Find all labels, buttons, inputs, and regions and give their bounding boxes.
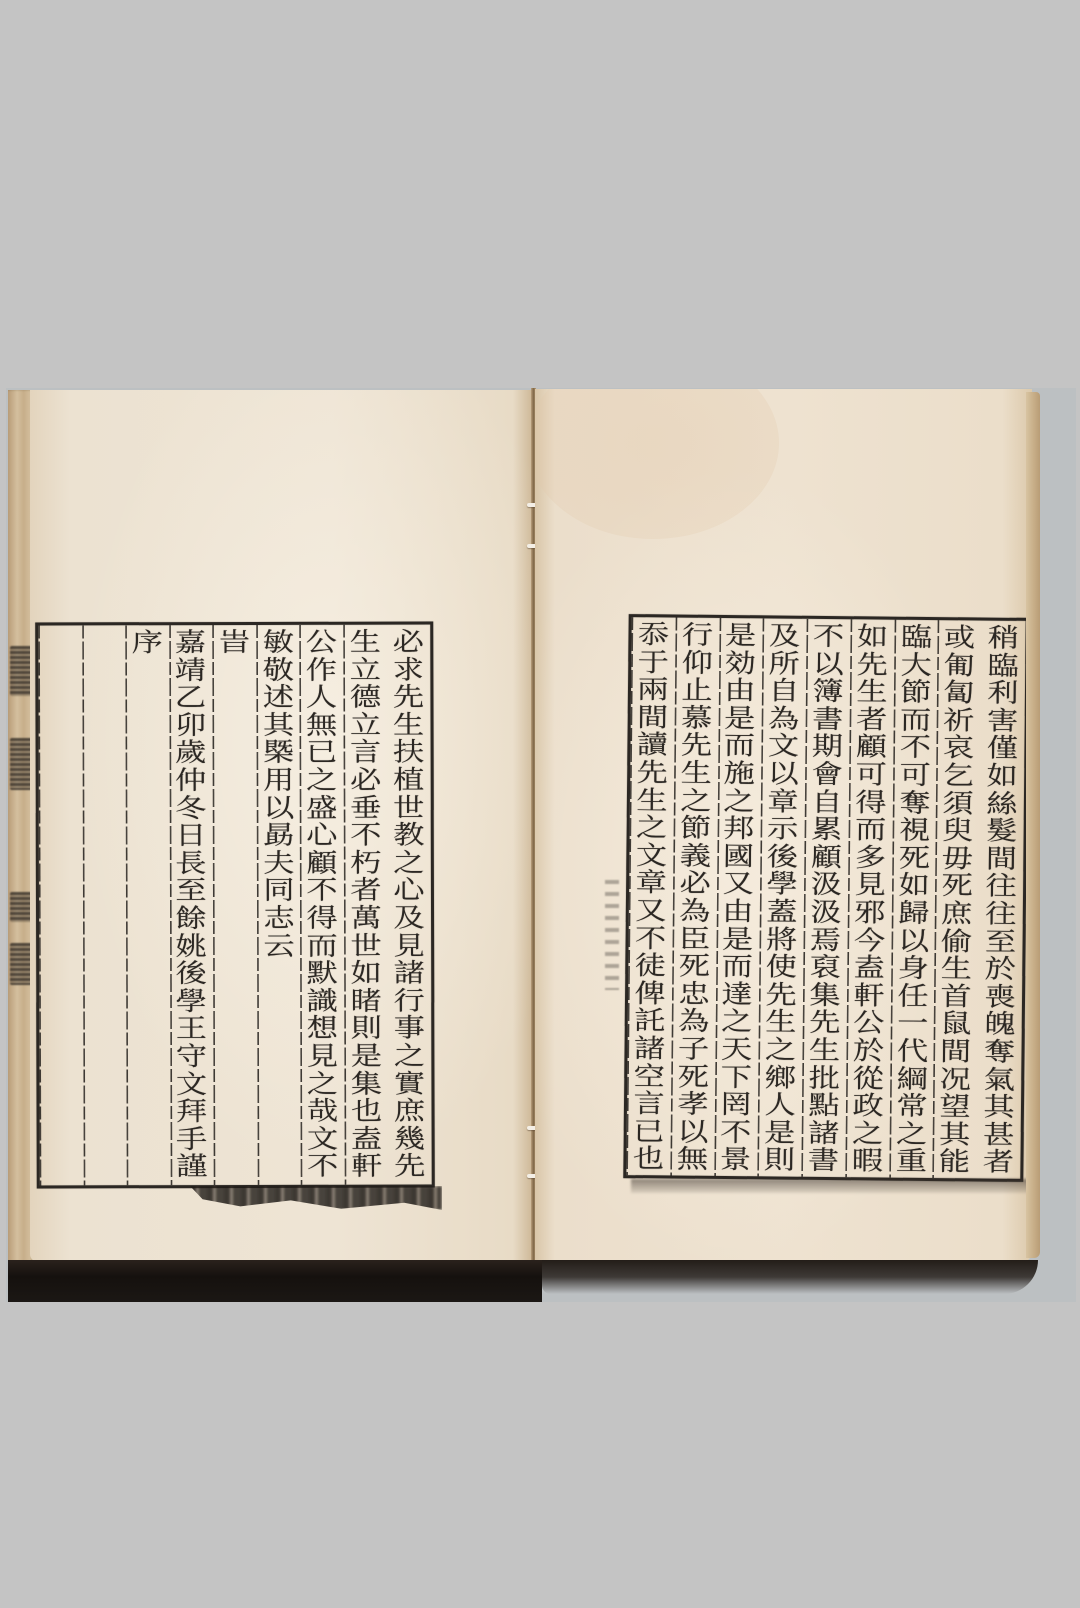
character: 任 [897, 983, 928, 1011]
character: 先 [766, 982, 797, 1010]
character: 奪 [984, 1039, 1015, 1067]
character: 庶 [941, 901, 972, 929]
character: 公 [853, 1011, 884, 1039]
character: 之 [896, 1121, 927, 1149]
character: 之 [852, 1121, 883, 1149]
character: 實 [394, 1071, 425, 1099]
text-column: 或匍匐祈哀乞須臾毋死庶偷生首鼠間况望其能 [933, 620, 982, 1178]
character: 植 [393, 767, 424, 795]
character: 自 [811, 789, 842, 817]
character: 往 [985, 901, 1016, 929]
character: 臨 [988, 653, 1019, 681]
character: 勗 [263, 823, 294, 851]
character: 庶 [394, 1099, 425, 1127]
character: 於 [853, 1038, 884, 1066]
character: 事 [394, 1016, 425, 1044]
character: 託 [634, 1008, 665, 1036]
character: 以 [812, 651, 843, 679]
text-column: 公作人無已之盛心顧不得而默識想見之哉文不 [300, 625, 345, 1185]
character: 施 [724, 761, 755, 789]
character: 稍 [988, 626, 1019, 654]
character: 而 [724, 733, 755, 761]
character: 盍 [853, 955, 884, 983]
character: 一 [897, 1011, 928, 1039]
character: 行 [394, 988, 425, 1016]
character: 仰 [681, 650, 712, 678]
character: 先 [856, 652, 887, 680]
character: 忝 [638, 622, 669, 650]
character: 害 [987, 708, 1018, 736]
character: 志 [263, 906, 294, 934]
character: 累 [811, 817, 842, 845]
character: 者 [856, 707, 887, 735]
character: 能 [939, 1149, 970, 1177]
character: 會 [811, 762, 842, 790]
character: 教 [393, 823, 424, 851]
character: 視 [898, 818, 929, 846]
character: 所 [769, 651, 800, 679]
character: 又 [723, 871, 754, 899]
character: 集 [350, 1071, 381, 1099]
character: 諸 [634, 1036, 665, 1064]
character: 章 [635, 871, 666, 899]
character: 立 [349, 657, 380, 685]
character: 偷 [941, 929, 972, 957]
character: 姚 [176, 934, 207, 962]
character: 須 [942, 791, 973, 819]
character: 睹 [350, 988, 381, 1016]
text-column-signature: 嘉靖乙卯歲仲冬日長至餘姚後學王守文拜手謹 [169, 625, 214, 1185]
character: 顧 [306, 850, 337, 878]
empty-column [38, 625, 83, 1185]
book-shadow [8, 1260, 542, 1302]
character: 奪 [899, 790, 930, 818]
character: 之 [765, 1037, 796, 1065]
character: 讀 [637, 733, 668, 761]
character: 邪 [854, 900, 885, 928]
character: 以 [768, 761, 799, 789]
water-stain [535, 389, 779, 539]
character: 盛 [306, 795, 337, 823]
character: 如 [987, 764, 1018, 792]
character: 將 [766, 927, 797, 955]
character: 不 [720, 1120, 751, 1148]
character: 想 [307, 1016, 338, 1044]
character: 識 [307, 988, 338, 1016]
character: 是 [725, 623, 756, 651]
character: 可 [899, 763, 930, 791]
character: 往 [985, 874, 1016, 902]
character: 同 [263, 878, 294, 906]
character: 是 [724, 706, 755, 734]
character: 生 [393, 712, 424, 740]
character: 文 [176, 1072, 207, 1100]
character: 已 [306, 740, 337, 768]
character: 則 [764, 1148, 795, 1176]
character: 以 [897, 928, 928, 956]
character: 臾 [942, 818, 973, 846]
character: 不 [813, 624, 844, 652]
character: 者 [983, 1150, 1014, 1178]
character: 天 [721, 1037, 752, 1065]
character: 無 [676, 1147, 707, 1175]
character: 達 [722, 982, 753, 1010]
character: 鼠 [940, 1011, 971, 1039]
character: 利 [987, 681, 1018, 709]
character: 而 [855, 817, 886, 845]
character: 公 [306, 630, 337, 658]
character: 學 [767, 872, 798, 900]
character: 以 [263, 795, 294, 823]
character: 後 [767, 844, 798, 872]
ink-smear [190, 1186, 442, 1210]
character: 焉 [810, 927, 841, 955]
character: 已 [633, 1119, 664, 1147]
text-column: 不以簿書期會自累顧汲汲焉裒集先生批點諸書 [801, 619, 850, 1177]
character: 集 [809, 983, 840, 1011]
character: 文 [768, 734, 799, 762]
character: 行 [681, 623, 712, 651]
character: 書 [812, 707, 843, 735]
character: 學 [176, 989, 207, 1017]
right-page-columns: 稍臨利害僅如絲髮間往往至於喪魄奪氣其甚者 或匍匐祈哀乞須臾毋死庶偷生首鼠間况望其… [626, 617, 1025, 1179]
character: 立 [350, 712, 381, 740]
text-column: 敏敬述其槩用以勗夫同志云 [256, 625, 301, 1185]
character: 文 [307, 1126, 338, 1154]
character: 世 [393, 795, 424, 823]
character: 間 [986, 846, 1017, 874]
character: 鄉 [765, 1065, 796, 1093]
character: 餘 [176, 906, 207, 934]
character: 顧 [855, 735, 886, 763]
character: 生 [349, 630, 380, 658]
text-column: 必求先生扶植世教之心及見諸行事之實庶幾先 [387, 624, 432, 1184]
character: 甚 [983, 1122, 1014, 1150]
character: 下 [721, 1065, 752, 1093]
character: 守 [176, 1044, 207, 1072]
ink-bleed-mark [10, 738, 32, 790]
text-column: 生立德立言必垂不朽者萬世如睹則是集也盍軒 [343, 625, 388, 1185]
right-page-text-frame: 稍臨利害僅如絲髮間往往至於喪魄奪氣其甚者 或匍匐祈哀乞須臾毋死庶偷生首鼠間况望其… [623, 614, 1028, 1182]
character: 僅 [987, 736, 1018, 764]
character: 節 [900, 680, 931, 708]
character: 必 [393, 630, 424, 658]
character: 臣 [678, 926, 709, 954]
character: 敬 [262, 657, 293, 685]
character: 用 [263, 768, 294, 796]
character: 首 [941, 984, 972, 1012]
character: 示 [767, 817, 798, 845]
character: 冬 [176, 796, 207, 824]
text-column: 及所自為文以章示後學蓋將使先生之鄉人是則 [758, 618, 807, 1176]
character: 代 [896, 1039, 927, 1067]
character: 蓋 [766, 899, 797, 927]
book-shadow [542, 1260, 1038, 1294]
character: 之 [394, 1043, 425, 1071]
character: 及 [394, 905, 425, 933]
character: 德 [349, 685, 380, 713]
character: 可 [855, 762, 886, 790]
character: 俾 [634, 981, 665, 1009]
character: 哀 [943, 735, 974, 763]
character: 默 [307, 961, 338, 989]
ink-bleed-mark [10, 646, 32, 696]
character: 先 [636, 760, 667, 788]
character: 死 [678, 954, 709, 982]
left-page: 必求先生扶植世教之心及見諸行事之實庶幾先 生立德立言必垂不朽者萬世如睹則是集也盍… [30, 390, 533, 1262]
character: 軒 [853, 983, 884, 1011]
character: 卯 [175, 713, 206, 741]
character: 先 [809, 1010, 840, 1038]
character: 而 [899, 707, 930, 735]
text-column-preface-label: 序 [125, 625, 170, 1185]
character: 乞 [943, 763, 974, 791]
character: 後 [176, 961, 207, 989]
character: 先 [394, 1154, 425, 1182]
character: 乙 [175, 685, 206, 713]
character: 以 [677, 1119, 708, 1147]
character: 間 [637, 705, 668, 733]
text-column: 稍臨利害僅如絲髮間往往至於喪魄奪氣其甚者 [977, 620, 1026, 1178]
right-page-stack-edge [1026, 392, 1040, 1258]
character: 日 [176, 823, 207, 851]
character: 無 [306, 713, 337, 741]
character: 顧 [811, 845, 842, 873]
character: 哉 [307, 1099, 338, 1127]
character: 如 [857, 624, 888, 652]
text-column: 如先生者顧可得而多見邪今盍軒公於從政之暇 [845, 619, 894, 1177]
character: 生 [765, 1010, 796, 1038]
character: 兩 [637, 677, 668, 705]
character: 朽 [350, 850, 381, 878]
character: 於 [985, 957, 1016, 985]
character: 徒 [634, 953, 665, 981]
character: 垂 [350, 795, 381, 823]
character: 先 [393, 685, 424, 713]
character: 况 [940, 1067, 971, 1095]
character: 死 [942, 873, 973, 901]
character: 絲 [986, 791, 1017, 819]
character: 或 [944, 625, 975, 653]
ink-bleed-mark [10, 892, 32, 922]
character: 髮 [986, 819, 1017, 847]
character: 先 [680, 733, 711, 761]
character: 生 [636, 788, 667, 816]
character: 之 [393, 850, 424, 878]
character: 點 [808, 1093, 839, 1121]
character: 從 [852, 1066, 883, 1094]
character: 由 [723, 899, 754, 927]
character: 言 [350, 740, 381, 768]
character: 幾 [394, 1126, 425, 1154]
character: 政 [852, 1093, 883, 1121]
character: 汲 [810, 900, 841, 928]
character: 扶 [393, 740, 424, 768]
character: 汲 [810, 872, 841, 900]
character: 忠 [678, 981, 709, 1009]
ink-bleed-mark [605, 880, 619, 990]
character: 為 [678, 1009, 709, 1037]
character: 心 [394, 878, 425, 906]
character: 多 [854, 845, 885, 873]
character: 不 [635, 926, 666, 954]
ink-smear [631, 1179, 1031, 1193]
character: 旹 [219, 630, 250, 658]
character: 喪 [984, 984, 1015, 1012]
character: 而 [722, 954, 753, 982]
character: 死 [677, 1064, 708, 1092]
left-page-text-frame: 必求先生扶植世教之心及見諸行事之實庶幾先 生立德立言必垂不朽者萬世如睹則是集也盍… [35, 621, 434, 1188]
character: 常 [896, 1094, 927, 1122]
character: 匍 [944, 653, 975, 681]
character: 嘉 [175, 630, 206, 658]
character: 景 [720, 1147, 751, 1175]
character: 萬 [350, 906, 381, 934]
character: 之 [306, 768, 337, 796]
character: 見 [394, 933, 425, 961]
character: 至 [176, 878, 207, 906]
character: 于 [637, 650, 668, 678]
character: 軒 [351, 1154, 382, 1182]
character: 述 [262, 685, 293, 713]
character: 祈 [943, 708, 974, 736]
text-column: 臨大節而不可奪視死如歸以身任一代綱常之重 [889, 620, 938, 1178]
character: 及 [769, 623, 800, 651]
character: 見 [854, 873, 885, 901]
book-photograph: 必求先生扶植世教之心及見諸行事之實庶幾先 生立德立言必垂不朽者萬世如睹則是集也盍… [6, 388, 1076, 1302]
character: 夫 [263, 851, 294, 879]
character: 人 [764, 1093, 795, 1121]
character: 簿 [812, 679, 843, 707]
ink-bleed-mark [10, 943, 32, 985]
character: 也 [351, 1099, 382, 1127]
character: 罔 [721, 1092, 752, 1120]
character: 空 [633, 1064, 664, 1092]
character: 今 [854, 928, 885, 956]
character: 心 [306, 823, 337, 851]
character: 歸 [898, 901, 929, 929]
character: 慕 [681, 705, 712, 733]
character: 生 [856, 679, 887, 707]
character: 言 [633, 1091, 664, 1119]
text-column: 是効由是而施之邦國又由是而達之天下罔不景 [714, 618, 763, 1176]
character: 又 [635, 898, 666, 926]
character: 至 [985, 929, 1016, 957]
character: 文 [635, 843, 666, 871]
character: 止 [681, 678, 712, 706]
character: 人 [306, 685, 337, 713]
character: 靖 [175, 658, 206, 686]
character: 不 [306, 878, 337, 906]
character: 子 [677, 1036, 708, 1064]
character: 自 [768, 679, 799, 707]
character: 國 [723, 844, 754, 872]
text-column: 忝于兩間讀先生之文章又不徒俾託諸空言已也 [626, 617, 675, 1175]
character: 孝 [677, 1092, 708, 1120]
character: 望 [940, 1094, 971, 1122]
character: 効 [725, 651, 756, 679]
character: 必 [350, 768, 381, 796]
character: 之 [721, 1009, 752, 1037]
character: 期 [812, 734, 843, 762]
character: 也 [633, 1146, 664, 1174]
character: 手 [176, 1127, 207, 1155]
character: 毋 [942, 846, 973, 874]
character: 節 [680, 816, 711, 844]
character: 為 [768, 706, 799, 734]
character: 書 [808, 1148, 839, 1176]
character: 而 [307, 933, 338, 961]
character: 身 [897, 956, 928, 984]
character: 邦 [723, 816, 754, 844]
character: 之 [307, 1071, 338, 1099]
character: 魄 [984, 1012, 1015, 1040]
character: 仲 [175, 768, 206, 796]
character: 氣 [984, 1067, 1015, 1095]
character: 重 [895, 1149, 926, 1177]
character: 拜 [176, 1099, 207, 1127]
character: 求 [393, 657, 424, 685]
character: 諸 [808, 1121, 839, 1149]
character: 世 [350, 933, 381, 961]
character: 敏 [262, 630, 293, 658]
character: 得 [306, 906, 337, 934]
text-column-date-marker: 旹 [212, 625, 257, 1185]
character: 諸 [394, 961, 425, 989]
character: 云 [263, 933, 294, 961]
character: 裒 [810, 955, 841, 983]
character: 暇 [851, 1149, 882, 1177]
character: 生 [809, 1038, 840, 1066]
empty-column [82, 625, 127, 1185]
character: 由 [725, 678, 756, 706]
character: 不 [899, 735, 930, 763]
character: 得 [855, 790, 886, 818]
character: 是 [722, 927, 753, 955]
character: 不 [307, 1154, 338, 1182]
character: 之 [724, 789, 755, 817]
character: 者 [350, 878, 381, 906]
character: 其 [939, 1122, 970, 1150]
character: 使 [766, 955, 797, 983]
character: 則 [350, 1016, 381, 1044]
character: 生 [680, 761, 711, 789]
character: 王 [176, 1016, 207, 1044]
character: 如 [898, 873, 929, 901]
character: 如 [350, 961, 381, 989]
character: 其 [983, 1095, 1014, 1123]
character: 臨 [900, 625, 931, 653]
character: 是 [764, 1120, 795, 1148]
character: 槩 [262, 740, 293, 768]
left-page-columns: 必求先生扶植世教之心及見諸行事之實庶幾先 生立德立言必垂不朽者萬世如睹則是集也盍… [38, 624, 431, 1185]
character: 是 [350, 1044, 381, 1072]
character: 綱 [896, 1066, 927, 1094]
character: 間 [940, 1039, 971, 1067]
character: 見 [307, 1044, 338, 1072]
character: 謹 [176, 1154, 207, 1182]
character: 大 [900, 652, 931, 680]
character: 批 [808, 1065, 839, 1093]
character: 生 [941, 956, 972, 984]
character: 之 [680, 788, 711, 816]
character: 不 [350, 823, 381, 851]
character: 之 [636, 815, 667, 843]
character: 歲 [175, 740, 206, 768]
character: 盍 [351, 1126, 382, 1154]
text-column: 行仰止慕先生之節義必為臣死忠為子死孝以無 [670, 618, 719, 1176]
character: 匐 [944, 680, 975, 708]
